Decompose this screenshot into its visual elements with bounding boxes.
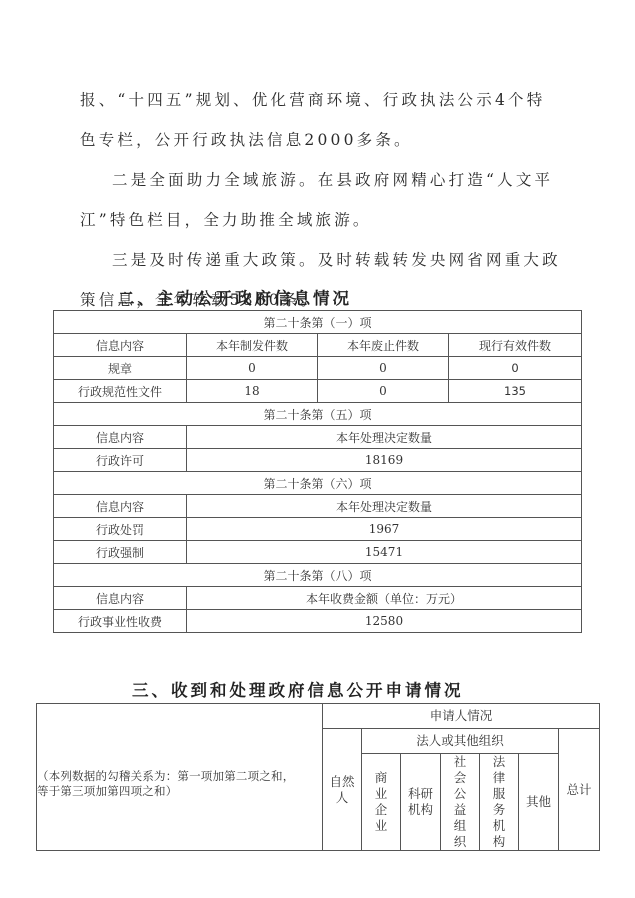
table-row: 行政事业性收费 12580 bbox=[54, 610, 582, 633]
proactive-disclosure-table: 第二十条第（一）项 信息内容 本年制发件数 本年废止件数 现行有效件数 规章 0… bbox=[53, 310, 582, 633]
note-line-2: 等于第三项加第四项之和） bbox=[37, 784, 322, 799]
org-type-research: 科研机构 bbox=[401, 754, 441, 851]
note-line-1: （本列数据的勾稽关系为：第一项加第二项之和， bbox=[37, 769, 322, 784]
org-type-public-welfare: 社会公益组织 bbox=[441, 754, 480, 851]
total-header: 总计 bbox=[559, 729, 600, 851]
table-row: 第二十条第（五）项 bbox=[54, 403, 582, 426]
col-header: 信息内容 bbox=[54, 334, 187, 357]
col-header: 信息内容 bbox=[54, 426, 187, 449]
natural-person-label: 自然人 bbox=[329, 774, 354, 805]
org-type-label: 法律服务机构 bbox=[493, 754, 506, 849]
cell-valid: 0 bbox=[449, 357, 582, 380]
row-label: 行政规范性文件 bbox=[54, 380, 187, 403]
cell-issued: 0 bbox=[187, 357, 318, 380]
org-type-business: 商业企业 bbox=[362, 754, 401, 851]
body-line-2: 色专栏，公开行政执法信息2000多条。 bbox=[80, 130, 550, 150]
col-header: 本年制发件数 bbox=[187, 334, 318, 357]
org-type-other: 其他 bbox=[519, 754, 559, 851]
body-line-3: 二是全面助力全域旅游。在县政府网精心打造“人文平 bbox=[112, 170, 582, 190]
table-row: 第二十条第（八）项 bbox=[54, 564, 582, 587]
table-row: 行政强制 15471 bbox=[54, 541, 582, 564]
table-row: 行政许可 18169 bbox=[54, 449, 582, 472]
table-row: 第二十条第（一）项 bbox=[54, 311, 582, 334]
table-row: （本列数据的勾稽关系为：第一项加第二项之和， 等于第三项加第四项之和） 申请人情… bbox=[37, 704, 600, 729]
row-label: 行政许可 bbox=[54, 449, 187, 472]
col-header: 信息内容 bbox=[54, 587, 187, 610]
item6-header: 第二十条第（六）项 bbox=[54, 472, 582, 495]
section3-title: 三、收到和处理政府信息公开申请情况 bbox=[132, 677, 464, 701]
application-table: （本列数据的勾稽关系为：第一项加第二项之和， 等于第三项加第四项之和） 申请人情… bbox=[36, 703, 600, 851]
table-row: 行政处罚 1967 bbox=[54, 518, 582, 541]
table-row: 信息内容 本年处理决定数量 bbox=[54, 495, 582, 518]
col-header: 本年处理决定数量 bbox=[187, 495, 582, 518]
row-label: 规章 bbox=[54, 357, 187, 380]
item5-header: 第二十条第（五）项 bbox=[54, 403, 582, 426]
cell-value: 18169 bbox=[187, 449, 582, 472]
legal-org-header: 法人或其他组织 bbox=[362, 729, 559, 754]
body-line-1: 报、“十四五”规划、优化营商环境、行政执法公示4个特 bbox=[80, 90, 550, 110]
org-type-label: 商业企业 bbox=[375, 770, 388, 833]
table-row: 行政规范性文件 18 0 135 bbox=[54, 380, 582, 403]
cell-abolished: 0 bbox=[318, 357, 449, 380]
body-line-5: 三是及时传递重大政策。及时转载转发央网省网重大政 bbox=[112, 250, 582, 270]
item8-header: 第二十条第（八）项 bbox=[54, 564, 582, 587]
body-line-4: 江”特色栏目，全力助推全域旅游。 bbox=[80, 210, 550, 230]
section2-title: 二、主动公开政府信息情况 bbox=[118, 285, 352, 309]
table-row: 信息内容 本年处理决定数量 bbox=[54, 426, 582, 449]
row-label: 行政处罚 bbox=[54, 518, 187, 541]
org-type-label: 科研机构 bbox=[408, 786, 433, 817]
col-header: 本年处理决定数量 bbox=[187, 426, 582, 449]
col-header: 本年废止件数 bbox=[318, 334, 449, 357]
row-label: 行政强制 bbox=[54, 541, 187, 564]
table-row: 规章 0 0 0 bbox=[54, 357, 582, 380]
cell-value: 15471 bbox=[187, 541, 582, 564]
table-row: 信息内容 本年收费金额（单位：万元） bbox=[54, 587, 582, 610]
applicant-header: 申请人情况 bbox=[323, 704, 600, 729]
table-row: 信息内容 本年制发件数 本年废止件数 现行有效件数 bbox=[54, 334, 582, 357]
col-header: 信息内容 bbox=[54, 495, 187, 518]
item1-header: 第二十条第（一）项 bbox=[54, 311, 582, 334]
cell-value: 12580 bbox=[187, 610, 582, 633]
cell-issued: 18 bbox=[187, 380, 318, 403]
note-cell: （本列数据的勾稽关系为：第一项加第二项之和， 等于第三项加第四项之和） bbox=[37, 704, 323, 851]
org-type-legal-service: 法律服务机构 bbox=[480, 754, 519, 851]
col-header: 本年收费金额（单位：万元） bbox=[187, 587, 582, 610]
col-header: 现行有效件数 bbox=[449, 334, 582, 357]
natural-person-header: 自然人 bbox=[323, 729, 362, 851]
org-type-label: 社会公益组织 bbox=[454, 754, 467, 849]
row-label: 行政事业性收费 bbox=[54, 610, 187, 633]
cell-abolished: 0 bbox=[318, 380, 449, 403]
table-row: 第二十条第（六）项 bbox=[54, 472, 582, 495]
cell-value: 1967 bbox=[187, 518, 582, 541]
cell-valid: 135 bbox=[449, 380, 582, 403]
